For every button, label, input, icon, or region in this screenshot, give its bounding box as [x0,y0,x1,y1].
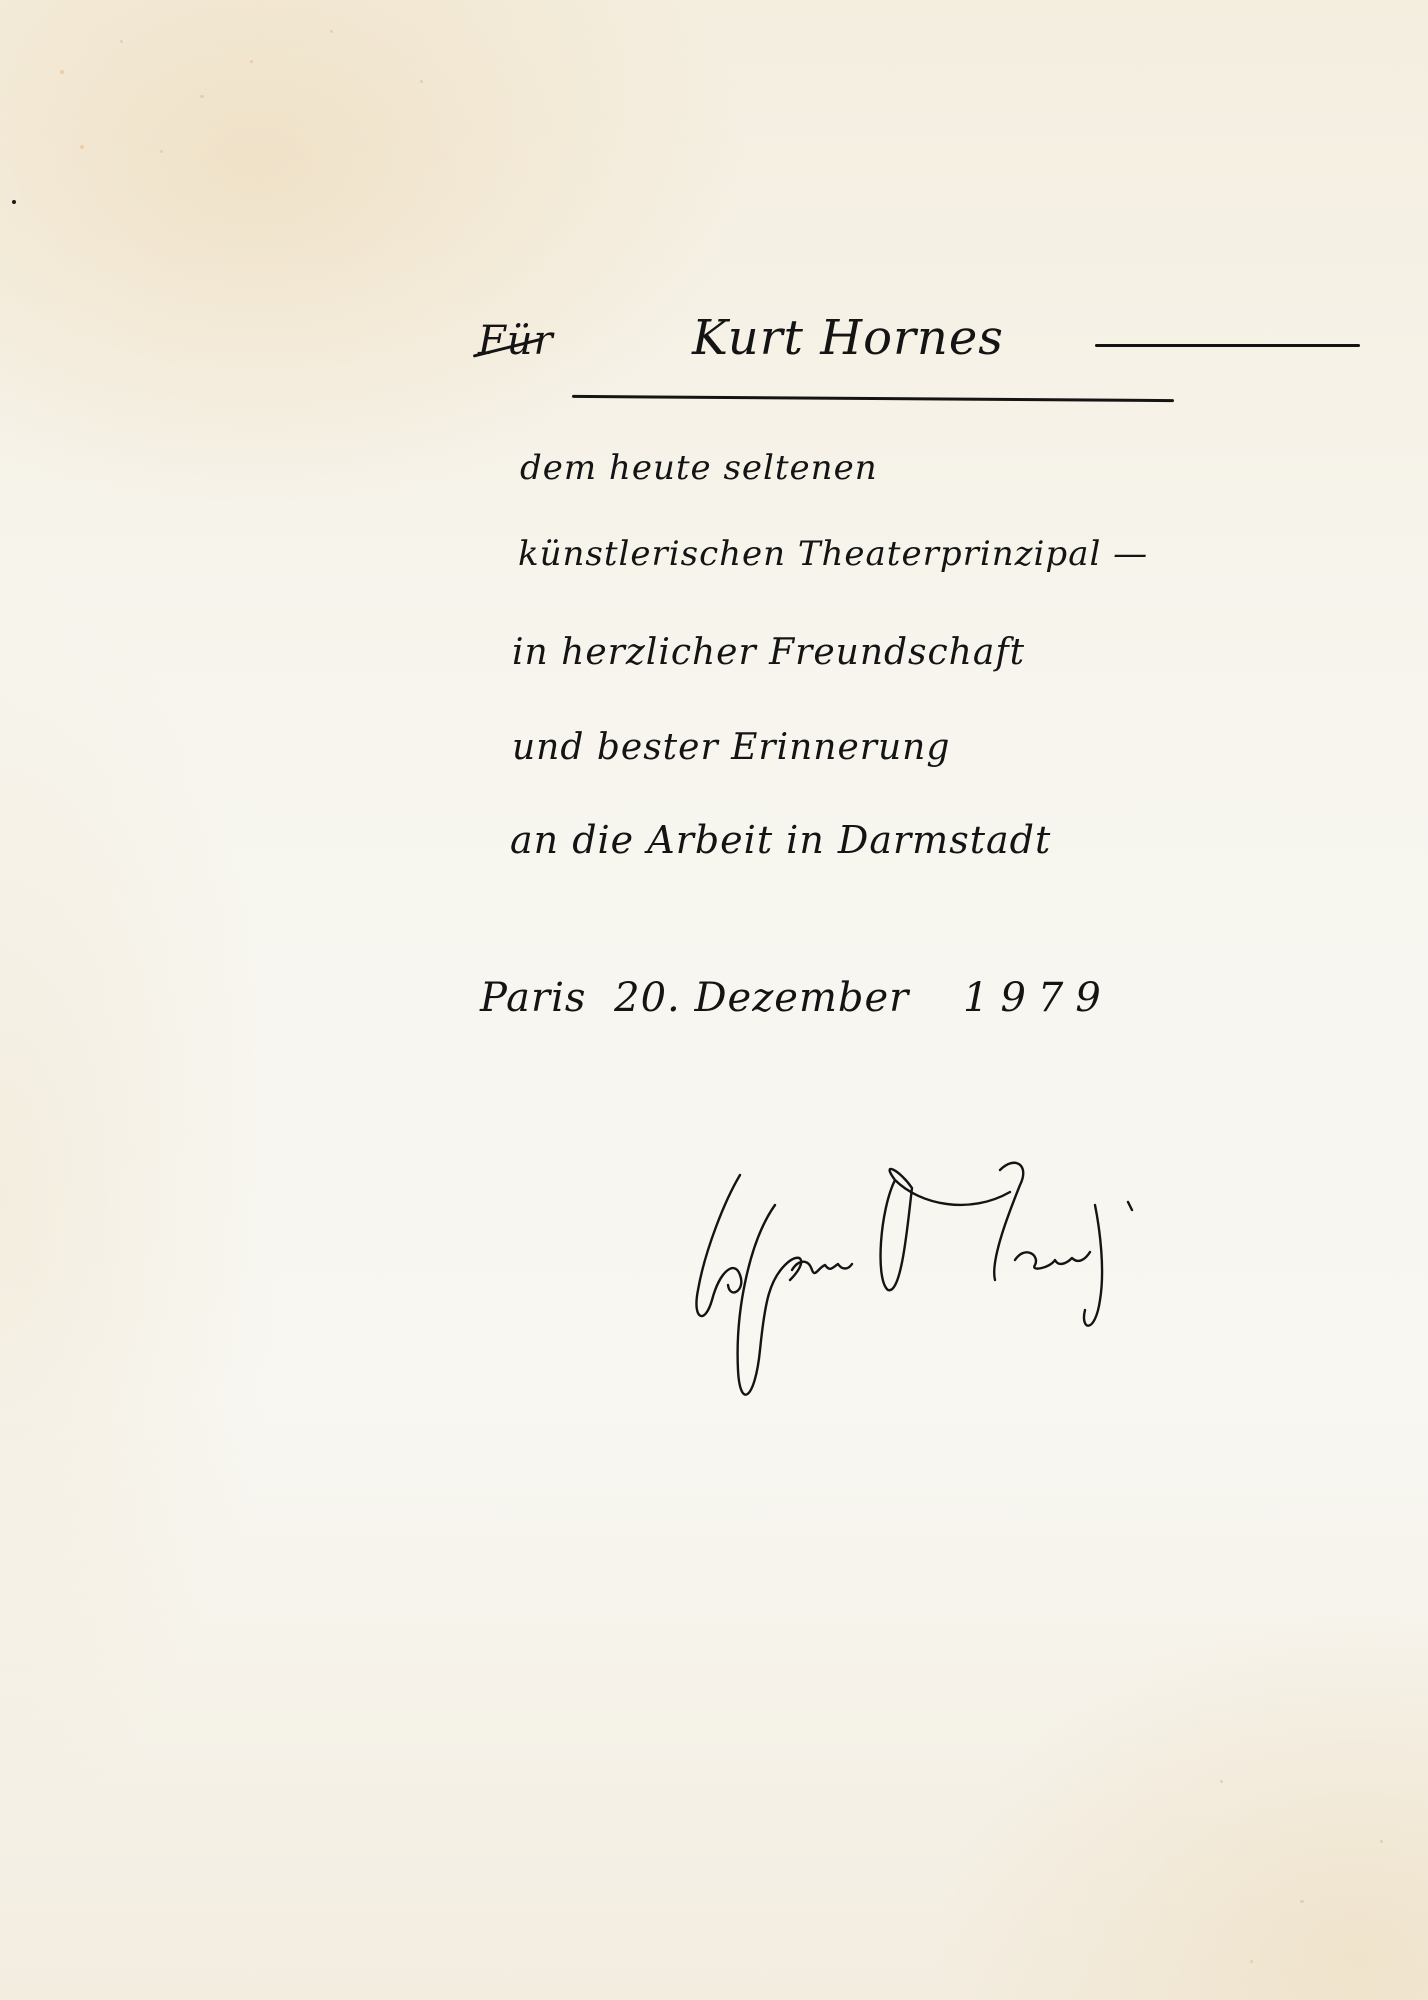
foxing-speck [250,60,253,63]
dedication-line-3: in herzlicher Freundschaft [512,632,1025,673]
foxing-speck [160,150,163,153]
ink-dot [12,200,16,204]
dedication-line-2: künstlerischen Theaterprinzipal — [518,534,1148,574]
dedication-line-1: dem heute seltenen [520,448,878,488]
salutation-text: Für [478,318,554,364]
year-text: 1979 [963,975,1113,1021]
foxing-speck [330,30,333,33]
place-date: Paris 20. Dezember 1979 [480,975,1113,1021]
signature-graphic: Wolfgang Mehring [680,1140,1240,1420]
foxing-speck [1380,1840,1383,1843]
foxing-speck [1220,1780,1223,1783]
foxing-speck [120,40,123,43]
foxing-speck [200,95,204,98]
dedication-line-4: und bester Erinnerung [512,727,950,768]
recipient-trailing-rule [1095,344,1360,347]
foxing-speck [80,145,84,149]
recipient-name: Kurt Hornes [692,310,1004,366]
foxing-speck [420,80,423,83]
month-text: Dezember [694,975,909,1021]
foxing-speck [1250,1960,1253,1963]
day-text: 20. [614,975,681,1021]
place-text: Paris [480,975,586,1021]
foxing-speck [1300,1900,1304,1903]
foxing-speck [60,70,64,74]
dedication-line-5: an die Arbeit in Darmstadt [510,818,1051,862]
